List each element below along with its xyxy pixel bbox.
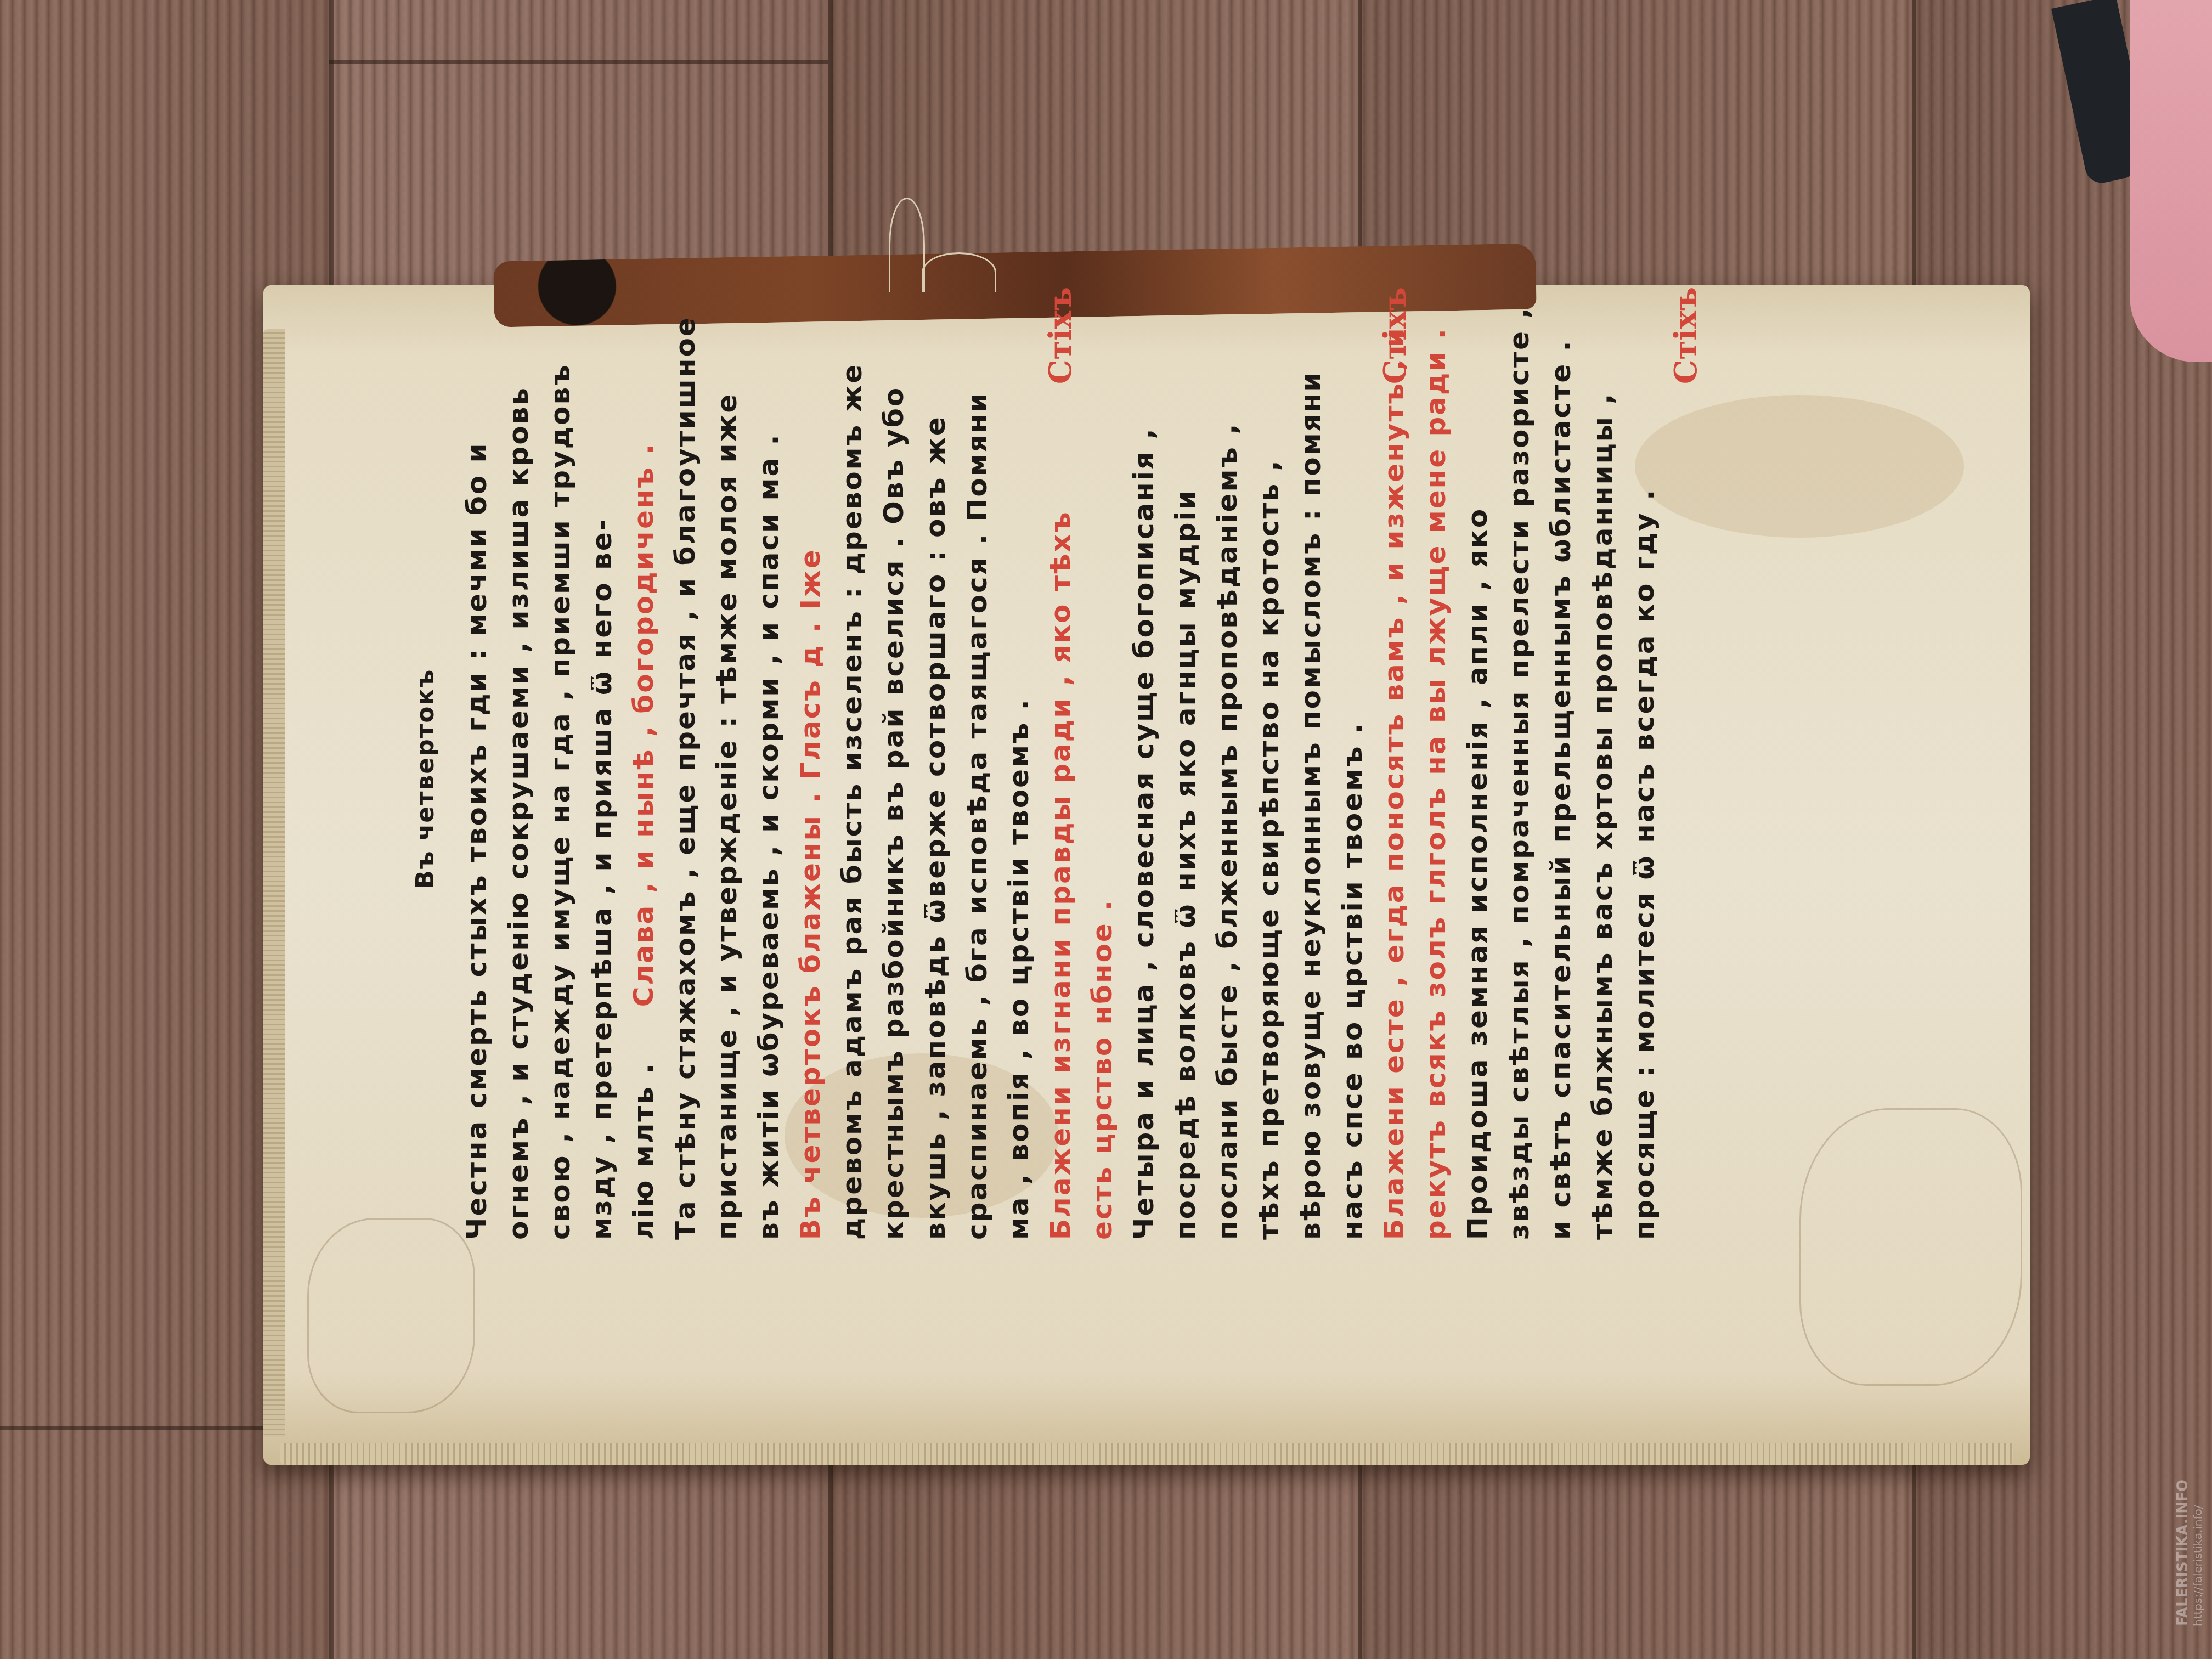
text-line: сраспинаемь , бга исповѣда таящагося . П… bbox=[961, 392, 993, 1240]
text-line: вкушь , заповѣдь ѿверже сотворшаго : овъ… bbox=[919, 415, 951, 1240]
verse-label: Стіхъ bbox=[1377, 287, 1413, 384]
text-line: Та стѣну стяжахомъ , еще пречтая , и бла… bbox=[669, 316, 701, 1240]
rubric-line: рекутъ всякъ золъ глголъ на вы лжуще мен… bbox=[1420, 327, 1452, 1240]
text-line: посредѣ волковъ ѿ нихъ яко агнцы мудріи bbox=[1170, 489, 1201, 1240]
paper-tear bbox=[1799, 1108, 2022, 1386]
text-line: мзду , претерпѣша , и прияша ѿ него ве- bbox=[586, 518, 618, 1240]
text-segment: лію млть . bbox=[628, 1062, 659, 1240]
watermark: FALERISTIKA.INFO https://faleristika.inf… bbox=[2175, 1480, 2204, 1626]
rubric-line: Блажени изгнани правды ради , яко тѣхъ bbox=[1045, 511, 1076, 1240]
rubric-line: Въ четвертокъ блажены . Гласъ д . Іже bbox=[794, 548, 826, 1240]
page-edges-bottom bbox=[280, 1443, 2013, 1465]
text-line: и свѣтъ спасительный прельщеннымъ ѡблист… bbox=[1545, 339, 1577, 1240]
text-line: тѣхъ претворяюще свирѣпство на кротость … bbox=[1253, 459, 1285, 1240]
text-line: лію млть . Слава , и нынѣ , богородиченъ… bbox=[628, 443, 659, 1240]
text-line: ма , вопія , во црствіи твоемъ . bbox=[1003, 698, 1035, 1240]
text-line: просяще : молитеся ѿ насъ всегда ко гду … bbox=[1628, 488, 1660, 1240]
text-line: вѣрою зовуще неуклоннымъ помысломъ : пом… bbox=[1295, 371, 1327, 1240]
paper-tear bbox=[307, 1218, 475, 1413]
watermark-url: https://faleristika.info/ bbox=[2191, 1480, 2204, 1626]
watermark-brand: FALERISTIKA.INFO bbox=[2175, 1480, 2191, 1626]
text-line: огнемъ , и студенію сокрушаеми , излиша … bbox=[503, 386, 534, 1240]
page-heading: Въ четвертокъ bbox=[411, 669, 439, 889]
text-line: пристанище , и утвержденіе : тѣмже молоя… bbox=[711, 393, 743, 1240]
rubric: Слава , и нынѣ , богородиченъ . bbox=[628, 443, 659, 1007]
text-line: въ житіи ѡбуреваемь , и скорми , и спаси… bbox=[753, 433, 785, 1240]
text-line: Проидоша земная исполненія , апли , яко bbox=[1462, 507, 1493, 1240]
page-edges-left bbox=[263, 329, 285, 1437]
text-line: насъ спсе во црствіи твоемъ . bbox=[1336, 721, 1368, 1240]
text-line: послани бысте , блженнымъ проповѣданіемъ… bbox=[1211, 422, 1243, 1240]
text-line: звѣзды свѣтлыя , помраченныя прелести ра… bbox=[1503, 307, 1535, 1240]
binding-string bbox=[889, 198, 925, 292]
rubric-line: есть црство нбное . bbox=[1086, 899, 1118, 1240]
verse-label: Стіхъ bbox=[1668, 287, 1704, 384]
verse-label: Стіхъ bbox=[1042, 287, 1079, 384]
hand bbox=[2130, 0, 2212, 362]
text-line: крестнымъ разбойникъ въ рай вселися . Ов… bbox=[878, 386, 910, 1240]
text-line: свою , надежду имуще на гда , приемши тр… bbox=[544, 363, 576, 1240]
rubric-line: Блажени есте , егда поносятъ вамъ , и из… bbox=[1378, 326, 1410, 1240]
text-line: тѣмже блжнымъ васъ хртовы проповѣданницы… bbox=[1587, 392, 1618, 1240]
text-line: Честна смерть стыхъ твоихъ гди : мечми б… bbox=[461, 442, 493, 1240]
text-line: древомъ адамъ рая бысть изселенъ : древо… bbox=[836, 363, 868, 1240]
text-line: Четыра и лица , словесная суще богописан… bbox=[1128, 427, 1160, 1240]
binding-string bbox=[922, 252, 996, 292]
floor-plank-seam bbox=[329, 60, 828, 64]
page-text-block: Въ четвертокъ Честна смерть стыхъ твоихъ… bbox=[411, 417, 1783, 1240]
